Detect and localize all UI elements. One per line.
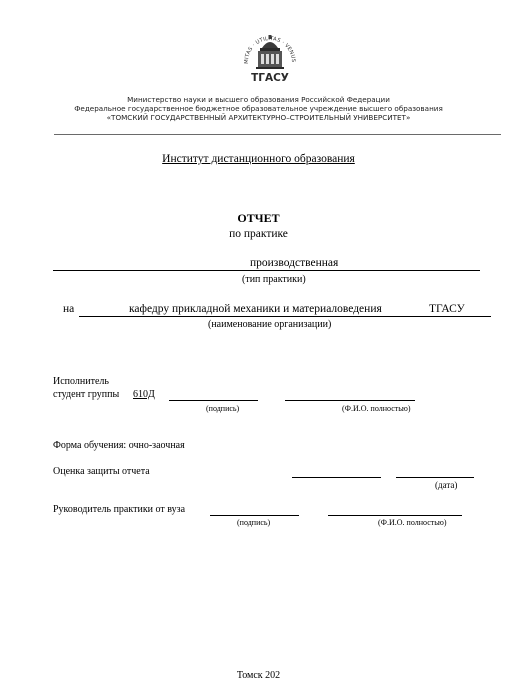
org-value[interactable]: кафедру прикладной механики и материалов…	[129, 303, 382, 315]
org-prefix: на	[63, 303, 74, 315]
study-form: Форма обучения: очно-заочная	[53, 440, 185, 451]
university-name: «ТОМСКИЙ ГОСУДАРСТВЕННЫЙ АРХИТЕКТУРНО–СТ…	[0, 113, 517, 122]
report-title: ОТЧЕТ	[0, 211, 517, 226]
footer-city-year: Томск 202	[0, 670, 517, 681]
grade-line[interactable]	[292, 477, 381, 478]
supervisor-signature-caption: (подпись)	[237, 518, 270, 527]
executor-name-caption: (Ф.И.О. полностью)	[342, 404, 411, 413]
group-label: студент группы	[53, 389, 119, 400]
institution-type: Федеральное государственное бюджетное об…	[0, 104, 517, 113]
ministry-name: Министерство науки и высшего образования…	[0, 95, 517, 104]
executor-label: Исполнитель	[53, 376, 109, 387]
org-caption: (наименование организации)	[208, 319, 331, 330]
practice-type-value[interactable]: производственная	[250, 257, 338, 269]
supervisor-signature-line[interactable]	[210, 515, 299, 516]
header-rule	[54, 134, 501, 135]
executor-signature-line[interactable]	[169, 400, 258, 401]
org-line	[79, 316, 491, 317]
executor-name-line[interactable]	[285, 400, 415, 401]
university-emblem-icon: FIRMITAS · UTILITAS · VENUSTAS ТГАСУ	[238, 26, 302, 84]
practice-type-line	[53, 270, 480, 271]
logo-abbr: ТГАСУ	[251, 72, 289, 84]
grade-date-caption: (дата)	[435, 480, 457, 490]
grade-label: Оценка защиты отчета	[53, 466, 150, 477]
group-value[interactable]: 610Д	[133, 389, 155, 400]
org-suffix: ТГАСУ	[429, 303, 465, 315]
executor-signature-caption: (подпись)	[206, 404, 239, 413]
practice-type-caption: (тип практики)	[242, 274, 306, 285]
grade-date-line[interactable]	[396, 477, 474, 478]
supervisor-name-caption: (Ф.И.О. полностью)	[378, 518, 447, 527]
report-subtitle: по практике	[0, 228, 517, 240]
institute-name: Институт дистанционного образования	[0, 153, 517, 165]
supervisor-name-line[interactable]	[328, 515, 462, 516]
supervisor-label: Руководитель практики от вуза	[53, 504, 185, 515]
